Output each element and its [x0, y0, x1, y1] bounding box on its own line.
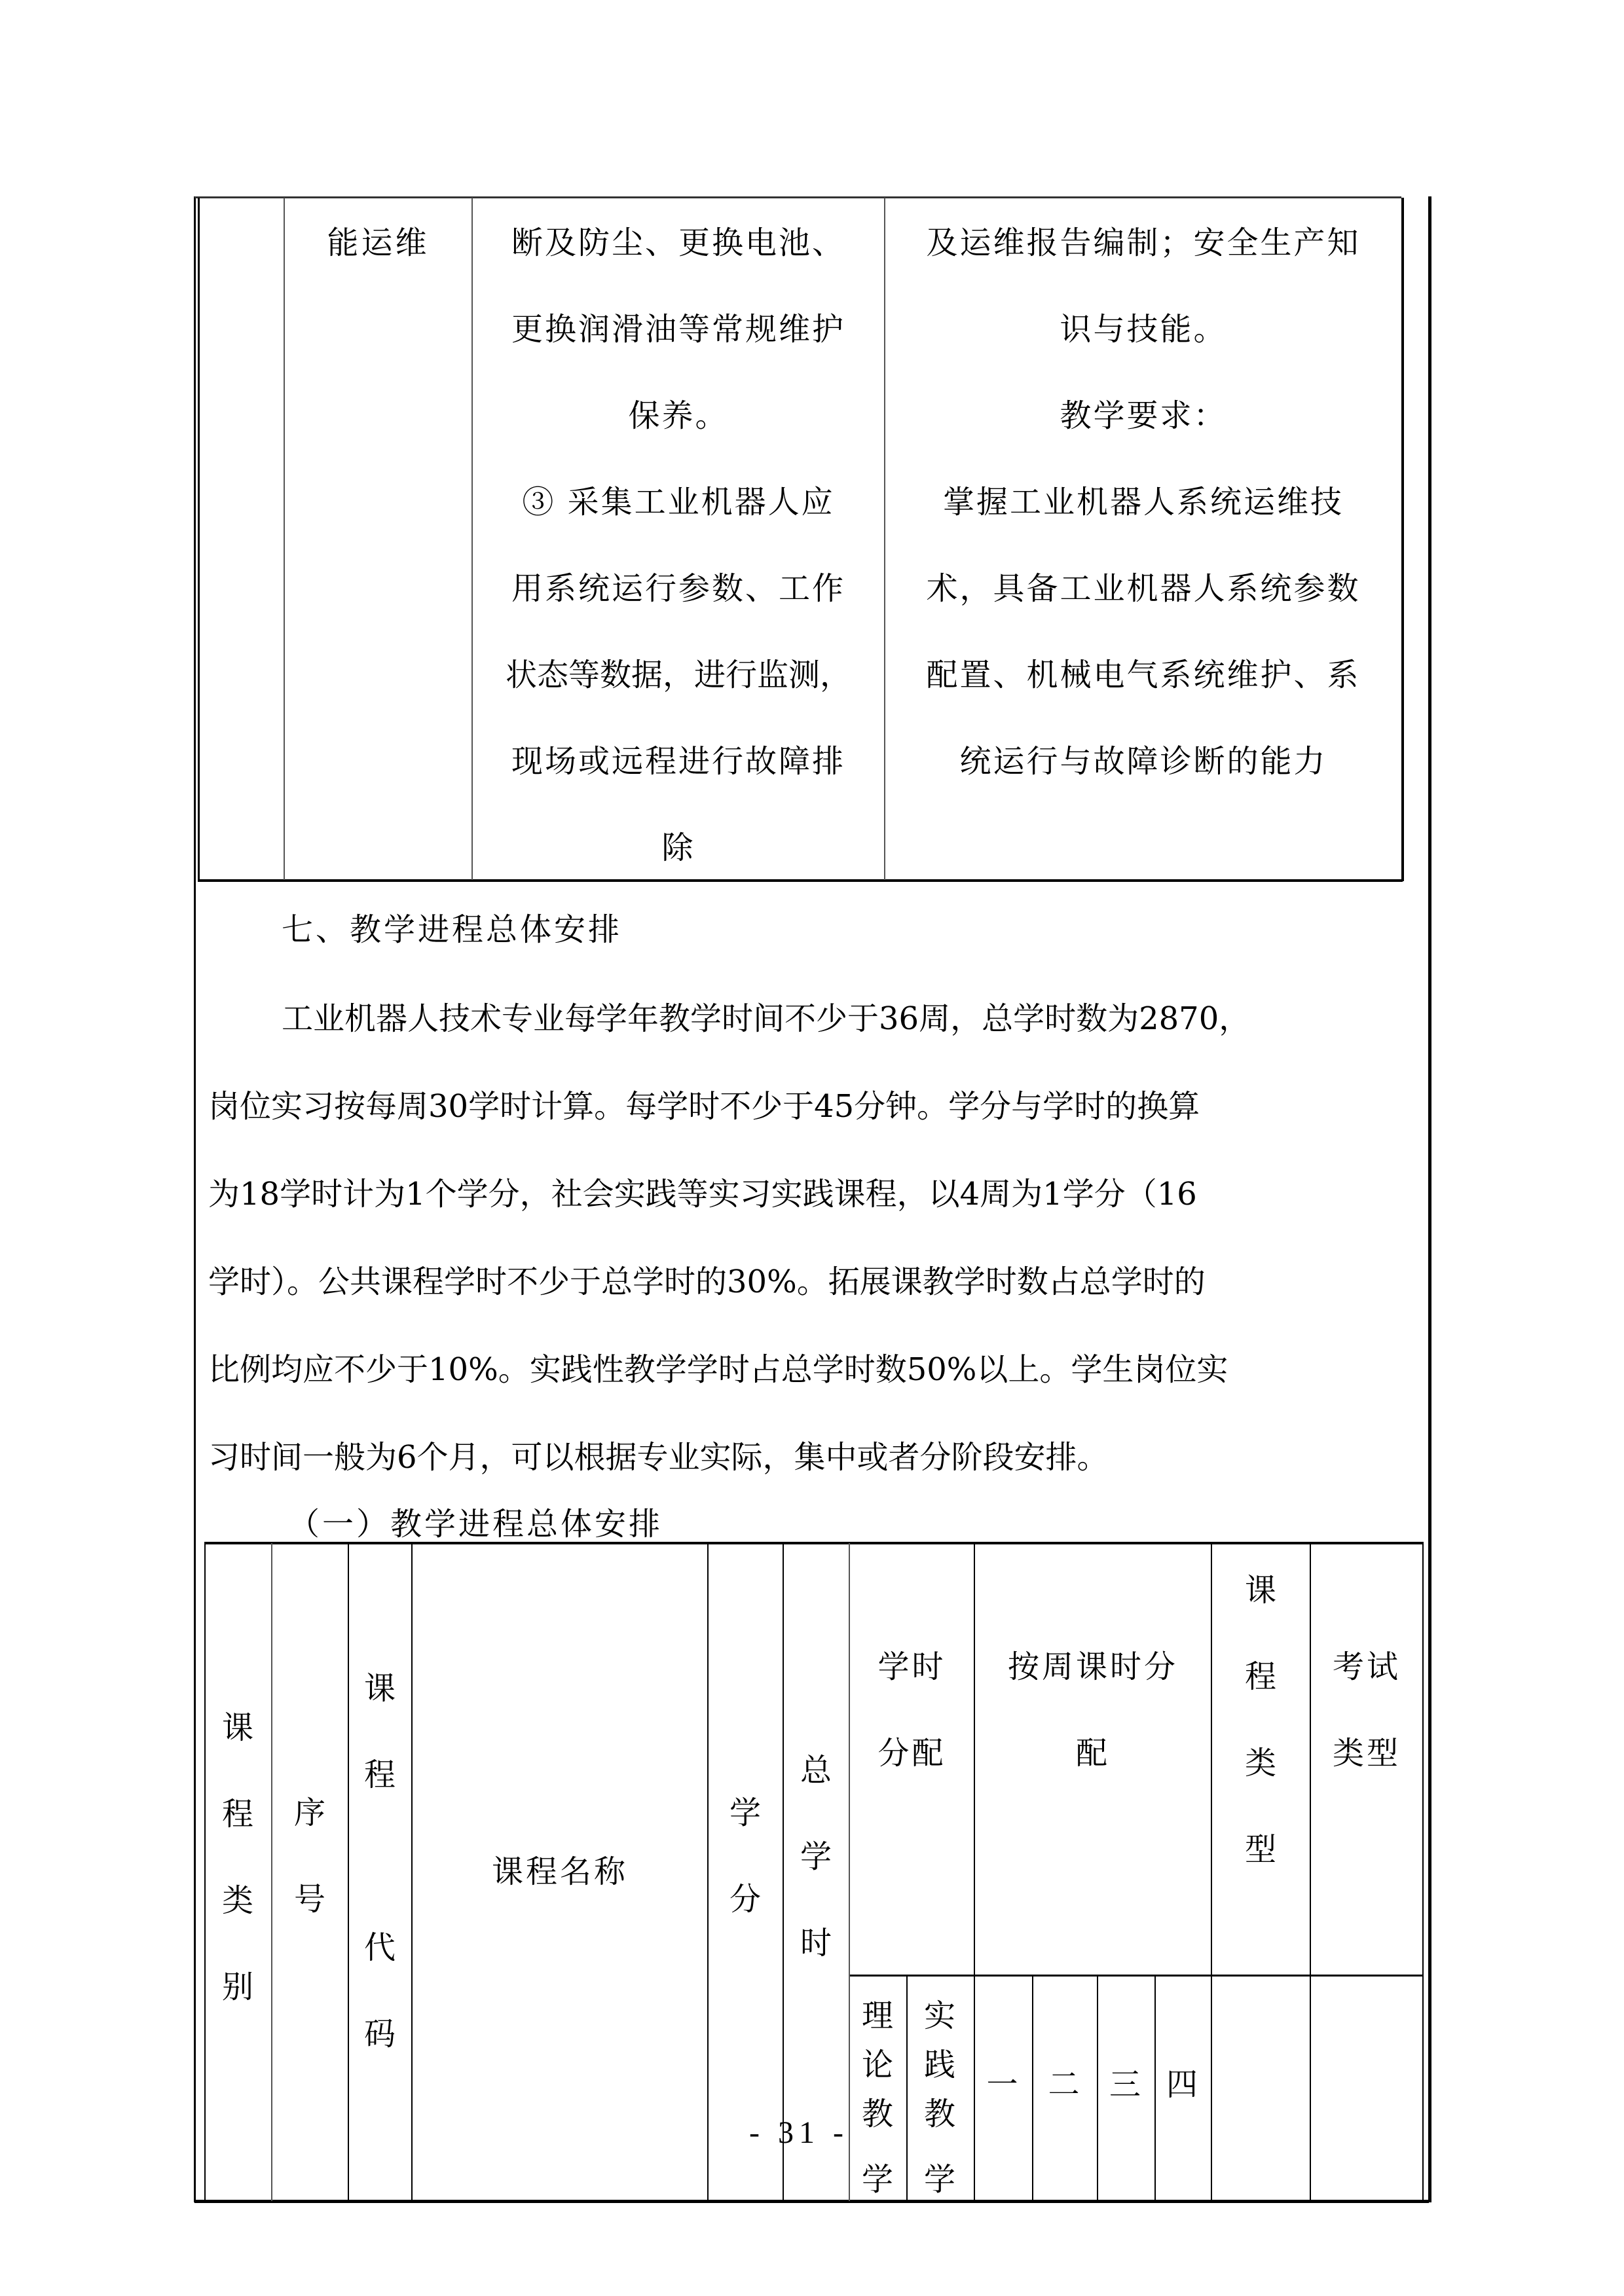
- text-line: 用系统运行参数、工作: [473, 545, 884, 632]
- section-heading: 七、教学进程总体安排: [282, 886, 622, 973]
- text-line: 术，具备工业机器人系统参数: [885, 545, 1401, 632]
- header-semester-1: 一: [975, 2059, 1032, 2104]
- header-char: 程: [360, 1749, 399, 1795]
- header-char: 类: [1241, 1738, 1280, 1783]
- header-char: 践: [920, 2039, 959, 2085]
- header-semester-2: 二: [1033, 2059, 1097, 2104]
- header-char: 别: [218, 1961, 257, 2007]
- header-char: 教: [920, 2088, 959, 2134]
- header-char: 学: [726, 1787, 765, 1832]
- header-char: 序: [290, 1787, 329, 1832]
- header-exam-type: 考试 类型: [1311, 1624, 1422, 1796]
- header-semester-3: 三: [1098, 2059, 1154, 2104]
- text-line: 掌握工业机器人系统运维技: [885, 459, 1401, 545]
- subsection-heading: （一）教学进程总体安排: [288, 1481, 663, 1567]
- header-line: 考试: [1311, 1624, 1422, 1710]
- text-line: 现场或远程进行故障排: [473, 718, 884, 805]
- text-line: 状态等数据，进行监测，: [473, 632, 884, 718]
- text-line: 统运行与故障诊断的能力: [885, 718, 1401, 805]
- paragraph-line: 工业机器人技术专业每学年教学时间不少于36周，总学时数为2870，: [282, 975, 1250, 1062]
- text-line: 保养。: [473, 373, 884, 459]
- header-char: 码: [360, 2009, 399, 2054]
- header-line: 配: [975, 1710, 1211, 1796]
- task-cell-text: 断及防尘、更换电池、 更换润滑油等常规维护 保养。 ③ 采集工业机器人应 用系统…: [473, 200, 884, 891]
- header-line: 类型: [1311, 1710, 1422, 1796]
- header-char: 总: [796, 1745, 836, 1790]
- course-content-cell-text: 及运维报告编制；安全生产知 识与技能。 教学要求： 掌握工业机器人系统运维技 术…: [885, 200, 1401, 805]
- header-char: 时: [796, 1918, 836, 1963]
- header-char: 课: [1241, 1565, 1280, 1610]
- header-char: 代: [360, 1922, 399, 1967]
- text-line: 能运维: [285, 200, 471, 286]
- header-char: 实: [920, 1990, 959, 2035]
- header-char: 学: [858, 2154, 897, 2199]
- header-char: 理: [858, 1990, 897, 2035]
- text-line: 断及防尘、更换电池、: [473, 200, 884, 286]
- paragraph-line: 岗位实习按每周30学时计算。每学时不少于45分钟。学分与学时的换算: [208, 1063, 1200, 1150]
- header-char: 类: [218, 1875, 257, 1920]
- header-course-name: 课程名称: [413, 1846, 707, 1891]
- page-number: - 31 -: [740, 2115, 858, 2151]
- text-line: 识与技能。: [885, 286, 1401, 373]
- header-char: 课: [218, 1702, 257, 1747]
- header-char: 号: [290, 1874, 329, 1919]
- text-line: 更换润滑油等常规维护: [473, 286, 884, 373]
- text-line: 除: [473, 805, 884, 891]
- header-weekly-hours: 按周课时分 配: [975, 1624, 1211, 1796]
- header-line: 分配: [850, 1710, 974, 1796]
- text-line: 及运维报告编制；安全生产知: [885, 200, 1401, 286]
- header-semester-4: 四: [1156, 2059, 1211, 2104]
- header-char: 程: [1241, 1651, 1280, 1696]
- header-line: 学时: [850, 1624, 974, 1710]
- job-cell-text: 能运维: [285, 200, 471, 286]
- paragraph-line: 学时）。公共课程学时不少于总学时的30%。拓展课教学时数占总学时的: [208, 1239, 1206, 1325]
- paragraph-line: 比例均应不少于10%。实践性教学学时占总学时数50%以上。学生岗位实: [208, 1326, 1228, 1413]
- text-line: 配置、机械电气系统维护、系: [885, 632, 1401, 718]
- header-char: 学: [920, 2154, 959, 2199]
- header-line: 按周课时分: [975, 1624, 1211, 1710]
- text-line: 教学要求：: [885, 373, 1401, 459]
- paragraph-line: 为18学时计为1个学分，社会实践等实习实践课程，以4周为1学分（16: [208, 1151, 1197, 1237]
- header-char: 论: [858, 2039, 897, 2085]
- header-char: 学: [796, 1831, 836, 1876]
- header-char: 分: [726, 1874, 765, 1919]
- header-hour-allocation: 学时 分配: [850, 1624, 974, 1796]
- header-char: 程: [218, 1789, 257, 1834]
- header-char: 教: [858, 2088, 897, 2134]
- header-char: 课: [360, 1663, 399, 1708]
- header-char: 型: [1241, 1824, 1280, 1869]
- text-line: ③ 采集工业机器人应: [473, 459, 884, 545]
